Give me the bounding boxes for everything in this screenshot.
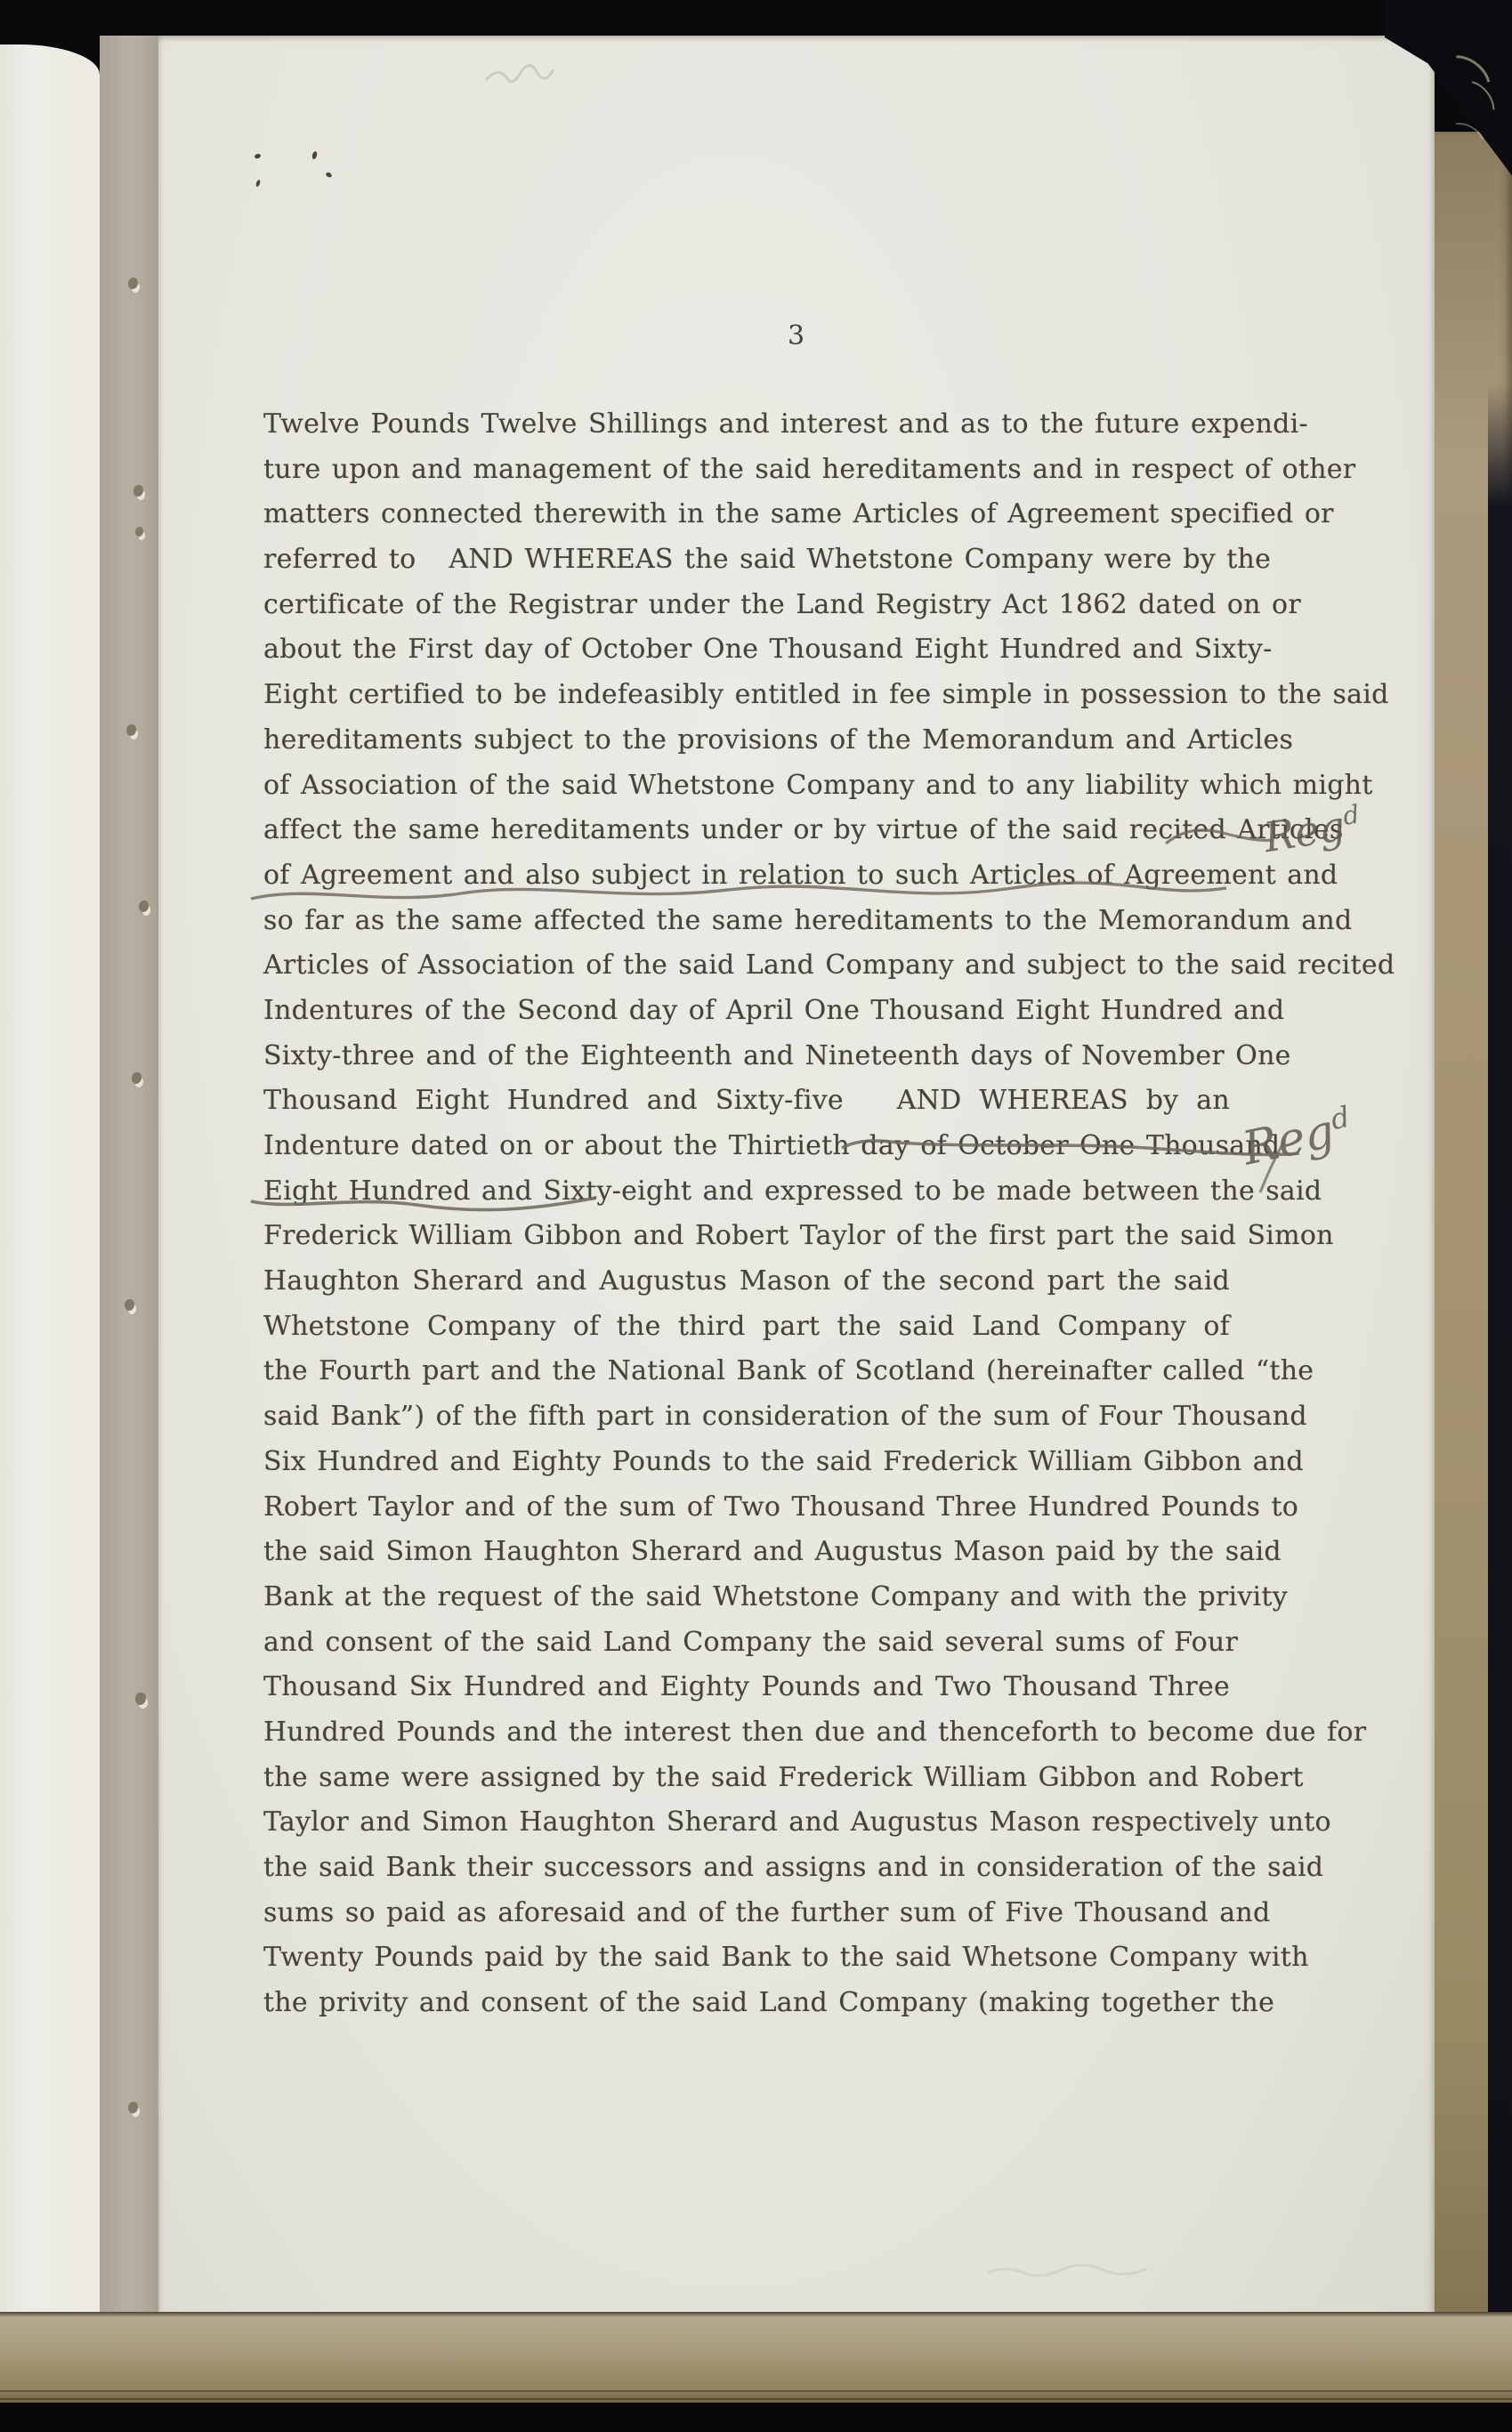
text-line: Articles of Association of the said Land… xyxy=(263,943,1230,989)
margin-annotation-regd-1: Regd xyxy=(1260,799,1364,861)
right-dark-edge xyxy=(1488,383,1512,2432)
text-line: Indentures of the Second day of April On… xyxy=(263,989,1230,1034)
text-line: certificate of the Registrar under the L… xyxy=(263,583,1230,628)
gutter-channel xyxy=(100,36,158,2358)
text-line: ture upon and management of the said her… xyxy=(263,448,1230,493)
text-line: hereditaments subject to the provisions … xyxy=(263,718,1230,764)
annotation-superscript: d xyxy=(1341,799,1362,830)
page-edge-line xyxy=(0,2390,1512,2392)
text-line: Twelve Pounds Twelve Shillings and inter… xyxy=(263,402,1230,448)
text-line: matters connected therewith in the same … xyxy=(263,492,1230,537)
edge-nick xyxy=(135,527,143,537)
text-block: Twelve Pounds Twelve Shillings and inter… xyxy=(263,402,1230,2026)
text-line: of Agreement and also subject in relatio… xyxy=(263,853,1230,899)
text-line: affect the same hereditaments under or b… xyxy=(263,808,1230,853)
text-line: Thousand Eight Hundred and Sixty-five AN… xyxy=(263,1079,1230,1124)
left-leaf-edge xyxy=(0,44,100,2331)
text-line: Indenture dated on or about the Thirtiet… xyxy=(263,1124,1230,1169)
margin-annotation-regd-2: Regd xyxy=(1238,1100,1357,1176)
book-scan-photo: { "page": { "number": "3", "lines": [ "T… xyxy=(0,0,1512,2432)
text-line: Sixty-three and of the Eighteenth and Ni… xyxy=(263,1034,1230,1079)
edge-nick xyxy=(128,2102,138,2113)
photo-background-top xyxy=(0,0,1512,36)
ink-speck xyxy=(311,151,318,160)
text-line: Eight Hundred and Sixty-eight and expres… xyxy=(263,1169,1230,1215)
text-line: Bank at the request of the said Whetston… xyxy=(263,1575,1230,1620)
text-line: sums so paid as aforesaid and of the fur… xyxy=(263,1891,1230,1936)
text-line: Taylor and Simon Haughton Sherard and Au… xyxy=(263,1800,1230,1846)
text-line: and consent of the said Land Company the… xyxy=(263,1620,1230,1666)
edge-nick xyxy=(132,1072,141,1084)
text-line: the Fourth part and the National Bank of… xyxy=(263,1349,1230,1394)
edge-nick xyxy=(125,1299,134,1311)
edge-nick xyxy=(133,485,143,497)
text-line: the same were assigned by the said Frede… xyxy=(263,1756,1230,1801)
photo-background-bottom xyxy=(0,2403,1512,2432)
text-line: Thousand Six Hundred and Eighty Pounds a… xyxy=(263,1665,1230,1710)
text-line: Twenty Pounds paid by the said Bank to t… xyxy=(263,1935,1230,1981)
edge-nick xyxy=(128,278,138,289)
text-line: so far as the same affected the same her… xyxy=(263,899,1230,944)
text-line: Whetstone Company of the third part the … xyxy=(263,1305,1230,1350)
text-line: Robert Taylor and of the sum of Two Thou… xyxy=(263,1485,1230,1531)
ink-speck xyxy=(255,180,261,188)
text-line: referred to AND WHEREAS the said Whetsto… xyxy=(263,537,1230,583)
text-line: the privity and consent of the said Land… xyxy=(263,1981,1230,2026)
edge-nick xyxy=(139,901,149,912)
document-page: 3 Twelve Pounds Twelve Shillings and int… xyxy=(158,34,1435,2328)
text-line: Haughton Sherard and Augustus Mason of t… xyxy=(263,1259,1230,1305)
text-line: Frederick William Gibbon and Robert Tayl… xyxy=(263,1214,1230,1259)
text-line: Eight certified to be indefeasibly entit… xyxy=(263,673,1230,718)
ink-speck xyxy=(254,153,261,159)
edge-nick xyxy=(126,724,136,736)
annotation-text: Reg xyxy=(1260,802,1348,862)
text-line: of Association of the said Whetstone Com… xyxy=(263,764,1230,809)
text-line: Six Hundred and Eighty Pounds to the sai… xyxy=(263,1440,1230,1485)
page-number: 3 xyxy=(158,320,1435,351)
bottom-page-edges xyxy=(0,2312,1512,2412)
ink-speck xyxy=(325,172,333,179)
text-line: said Bank”) of the fifth part in conside… xyxy=(263,1394,1230,1440)
text-line: Hundred Pounds and the interest then due… xyxy=(263,1710,1230,1756)
text-line: the said Simon Haughton Sherard and Augu… xyxy=(263,1530,1230,1575)
edge-nick xyxy=(135,1693,146,1705)
page-edge-line xyxy=(0,2398,1512,2400)
text-line: the said Bank their successors and assig… xyxy=(263,1846,1230,1891)
text-line: about the First day of October One Thous… xyxy=(263,627,1230,673)
annotation-text: Reg xyxy=(1238,1104,1338,1176)
